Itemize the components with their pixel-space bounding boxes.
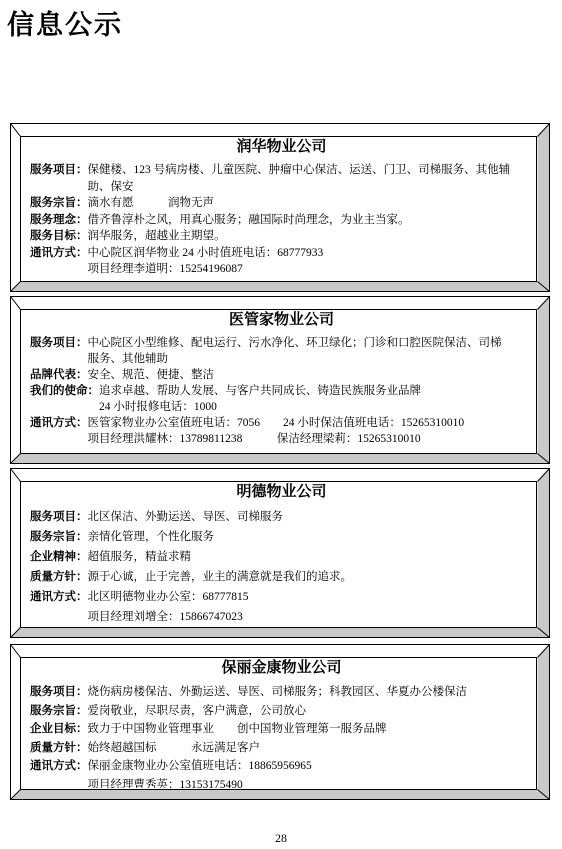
row-text: 超值服务，精益求精 <box>88 547 534 567</box>
info-row: 服务项目：中心院区小型维修、配电运行、污水净化、环卫绿化；门诊和口腔医院保洁、司… <box>30 335 533 367</box>
row-text: 北区保洁、外勤运送、导医、司梯服务 <box>88 507 534 527</box>
row-text: 保丽金康物业办公室值班电话：18865956965项目经理曹秀英：1315317… <box>88 757 534 788</box>
row-text: 亲情化管理，个性化服务 <box>88 527 534 547</box>
row-text-line: 医管家物业办公室值班电话：7056 24 小时保洁值班电话：1526531001… <box>88 415 534 431</box>
row-label: 服务项目： <box>30 162 88 179</box>
company-title: 保丽金康物业公司 <box>30 659 533 677</box>
document-page: 信息公示 润华物业公司服务项目：保健楼、123 号病房楼、儿童医院、肿瘤中心保洁… <box>0 0 562 849</box>
row-text-line: 爱岗敬业，尽职尽责，客户满意，公司放心 <box>88 702 534 721</box>
row-text-line: 中心院区小型维修、配电运行、污水净化、环卫绿化；门诊和口腔医院保洁、司梯 <box>88 335 534 351</box>
row-text: 追求卓越、帮助人发展、与客户共同成长、铸造民族服务业品牌24 小时报修电话：10… <box>99 383 533 415</box>
row-label: 服务宗旨： <box>30 702 88 721</box>
company-title: 医管家物业公司 <box>30 311 533 329</box>
company-box-content: 润华物业公司服务项目：保健楼、123 号病房楼、儿童医院、肿瘤中心保洁、运送、门… <box>30 138 533 280</box>
info-row: 服务项目：北区保洁、外勤运送、导医、司梯服务 <box>30 507 533 527</box>
company-title: 明德物业公司 <box>30 483 533 501</box>
company-title: 润华物业公司 <box>30 138 533 156</box>
row-text: 保健楼、123 号病房楼、儿童医院、肿瘤中心保洁、运送、门卫、司梯服务、其他辅助… <box>88 162 534 195</box>
page-number: 28 <box>0 831 562 845</box>
row-label: 服务项目： <box>30 507 88 527</box>
row-text: 中心院区小型维修、配电运行、污水净化、环卫绿化；门诊和口腔医院保洁、司梯服务、其… <box>88 335 534 367</box>
company-box-content: 保丽金康物业公司服务项目：烧伤病房楼保洁、外勤运送、导医、司梯服务；科教园区、华… <box>30 659 533 788</box>
row-text-line: 借齐鲁淳朴之风，用真心服务；融国际时尚理念，为业主当家。 <box>88 212 534 229</box>
info-row: 品牌代表：安全、规范、便捷、整洁 <box>30 367 533 383</box>
info-row: 服务理念：借齐鲁淳朴之风，用真心服务；融国际时尚理念，为业主当家。 <box>30 212 533 229</box>
company-box: 润华物业公司服务项目：保健楼、123 号病房楼、儿童医院、肿瘤中心保洁、运送、门… <box>10 123 550 292</box>
row-text-line: 致力于中国物业管理事业 创中国物业管理第一服务品牌 <box>88 720 534 739</box>
row-label: 服务项目： <box>30 335 88 351</box>
info-row: 通讯方式：北区明德物业办公室：68777815项目经理刘增全：158667470… <box>30 587 533 626</box>
info-row: 服务项目：烧伤病房楼保洁、外勤运送、导医、司梯服务；科教园区、华夏办公楼保洁 <box>30 683 533 702</box>
company-box-content: 明德物业公司服务项目：北区保洁、外勤运送、导医、司梯服务服务宗旨：亲情化管理，个… <box>30 483 533 626</box>
row-text: 爱岗敬业，尽职尽责，客户满意，公司放心 <box>88 702 534 721</box>
row-label: 服务宗旨： <box>30 527 88 547</box>
row-text-line: 北区明德物业办公室：68777815 <box>88 587 534 607</box>
row-text-line: 追求卓越、帮助人发展、与客户共同成长、铸造民族服务业品牌 <box>99 383 533 399</box>
info-row: 服务宗旨：爱岗敬业，尽职尽责，客户满意，公司放心 <box>30 702 533 721</box>
info-row: 通讯方式：中心院区润华物业 24 小时值班电话：68777933项目经理李道明：… <box>30 245 533 278</box>
company-box: 明德物业公司服务项目：北区保洁、外勤运送、导医、司梯服务服务宗旨：亲情化管理，个… <box>10 468 550 638</box>
row-label: 服务目标： <box>30 228 88 245</box>
row-text: 借齐鲁淳朴之风，用真心服务；融国际时尚理念，为业主当家。 <box>88 212 534 229</box>
row-text-line: 项目经理洪耀林：13789811238 保洁经理梁莉：15265310010 <box>88 431 534 447</box>
info-row: 服务宗旨：亲情化管理，个性化服务 <box>30 527 533 547</box>
info-row: 服务项目：保健楼、123 号病房楼、儿童医院、肿瘤中心保洁、运送、门卫、司梯服务… <box>30 162 533 195</box>
company-box-content: 医管家物业公司服务项目：中心院区小型维修、配电运行、污水净化、环卫绿化；门诊和口… <box>30 311 533 452</box>
row-label: 质量方针： <box>30 739 88 758</box>
row-label: 通讯方式： <box>30 415 88 431</box>
info-row: 通讯方式：保丽金康物业办公室值班电话：18865956965项目经理曹秀英：13… <box>30 757 533 788</box>
row-text: 源于心诚，止于完善，业主的满意就是我们的追求。 <box>88 567 534 587</box>
row-text: 始终超越国标 永远满足客户 <box>88 739 534 758</box>
row-text: 中心院区润华物业 24 小时值班电话：68777933项目经理李道明：15254… <box>88 245 534 278</box>
row-text-line: 保健楼、123 号病房楼、儿童医院、肿瘤中心保洁、运送、门卫、司梯服务、其他辅 <box>88 162 534 179</box>
row-label: 质量方针： <box>30 567 88 587</box>
row-text-line: 服务、其他辅助 <box>88 351 534 367</box>
row-text-line: 24 小时报修电话：1000 <box>99 399 533 415</box>
company-box: 医管家物业公司服务项目：中心院区小型维修、配电运行、污水净化、环卫绿化；门诊和口… <box>10 296 550 464</box>
row-text-line: 项目经理刘增全：15866747023 <box>88 607 534 626</box>
row-text-line: 北区保洁、外勤运送、导医、司梯服务 <box>88 507 534 527</box>
row-text-line: 烧伤病房楼保洁、外勤运送、导医、司梯服务；科教园区、华夏办公楼保洁 <box>88 683 534 702</box>
row-label: 服务理念： <box>30 212 88 229</box>
row-text: 烧伤病房楼保洁、外勤运送、导医、司梯服务；科教园区、华夏办公楼保洁 <box>88 683 534 702</box>
row-text-line: 润华服务，超越业主期望。 <box>88 228 534 245</box>
row-text-line: 项目经理曹秀英：13153175490 <box>88 776 534 789</box>
row-label: 通讯方式： <box>30 245 88 262</box>
row-text-line: 始终超越国标 永远满足客户 <box>88 739 534 758</box>
row-text: 北区明德物业办公室：68777815项目经理刘增全：15866747023 <box>88 587 534 626</box>
info-row: 质量方针：源于心诚，止于完善，业主的满意就是我们的追求。 <box>30 567 533 587</box>
row-text-line: 亲情化管理，个性化服务 <box>88 527 534 547</box>
info-row: 企业精神：超值服务，精益求精 <box>30 547 533 567</box>
row-text: 安全、规范、便捷、整洁 <box>88 367 534 383</box>
row-label: 我们的使命： <box>30 383 99 399</box>
row-label: 企业精神： <box>30 547 88 567</box>
row-text-line: 中心院区润华物业 24 小时值班电话：68777933 <box>88 245 534 262</box>
info-row: 质量方针：始终超越国标 永远满足客户 <box>30 739 533 758</box>
row-label: 服务宗旨： <box>30 195 88 212</box>
row-text-line: 保丽金康物业办公室值班电话：18865956965 <box>88 757 534 776</box>
row-label: 通讯方式： <box>30 587 88 607</box>
row-label: 品牌代表： <box>30 367 88 383</box>
info-row: 企业目标：致力于中国物业管理事业 创中国物业管理第一服务品牌 <box>30 720 533 739</box>
row-text: 滴水有愿 润物无声 <box>88 195 534 212</box>
row-label: 通讯方式： <box>30 757 88 776</box>
info-row: 我们的使命：追求卓越、帮助人发展、与客户共同成长、铸造民族服务业品牌24 小时报… <box>30 383 533 415</box>
info-row: 服务宗旨：滴水有愿 润物无声 <box>30 195 533 212</box>
row-text-line: 项目经理李道明：15254196087 <box>88 261 534 278</box>
row-text: 致力于中国物业管理事业 创中国物业管理第一服务品牌 <box>88 720 534 739</box>
row-text-line: 滴水有愿 润物无声 <box>88 195 534 212</box>
row-label: 企业目标： <box>30 720 88 739</box>
row-text: 医管家物业办公室值班电话：7056 24 小时保洁值班电话：1526531001… <box>88 415 534 447</box>
row-label: 服务项目： <box>30 683 88 702</box>
info-row: 通讯方式：医管家物业办公室值班电话：7056 24 小时保洁值班电话：15265… <box>30 415 533 447</box>
row-text-line: 源于心诚，止于完善，业主的满意就是我们的追求。 <box>88 567 534 587</box>
row-text-line: 安全、规范、便捷、整洁 <box>88 367 534 383</box>
info-row: 服务目标：润华服务，超越业主期望。 <box>30 228 533 245</box>
company-box: 保丽金康物业公司服务项目：烧伤病房楼保洁、外勤运送、导医、司梯服务；科教园区、华… <box>10 644 550 800</box>
page-title: 信息公示 <box>7 8 123 42</box>
row-text: 润华服务，超越业主期望。 <box>88 228 534 245</box>
row-text-line: 助、保安 <box>88 179 534 196</box>
row-text-line: 超值服务，精益求精 <box>88 547 534 567</box>
